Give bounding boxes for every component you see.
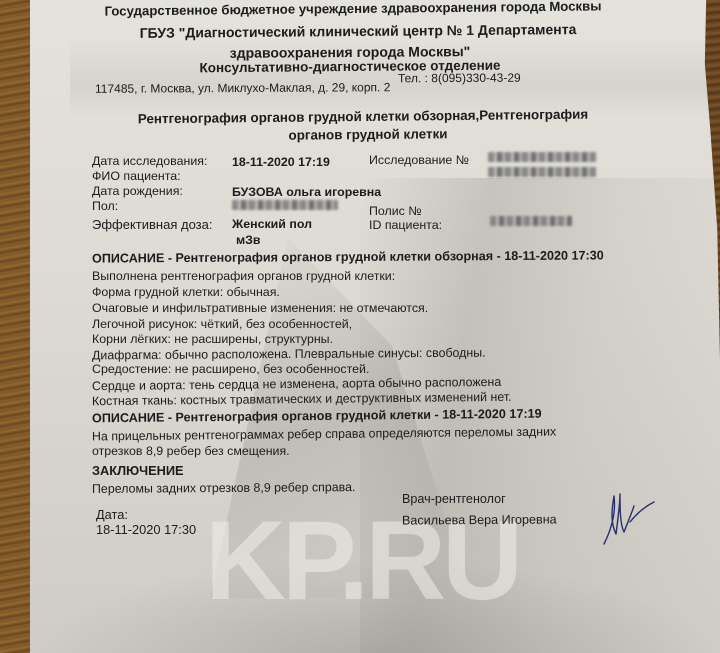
study-number-redacted	[488, 152, 596, 162]
study-number-redacted-2	[488, 167, 596, 177]
patient-name-value: БУЗОВА ольга игоревна	[232, 186, 381, 198]
birth-date-redacted	[232, 200, 338, 210]
sex-value: Женский пол	[232, 218, 312, 230]
description-1-line: Средостение: не расширено, без особеннос…	[92, 363, 369, 375]
address: 117485, г. Москва, ул. Миклухо-Маклая, д…	[95, 81, 390, 95]
conclusion-heading: ЗАКЛЮЧЕНИЕ	[92, 465, 184, 478]
patient-id-label: ID пациента:	[369, 219, 442, 231]
description-1-line: Корни лёгких: не расширены, структурны.	[92, 333, 333, 345]
description-1-line: Форма грудной клетки: обычная.	[92, 286, 280, 298]
policy-label: Полис №	[369, 205, 422, 217]
institution-line-2: ГБУЗ "Диагностический клинический центр …	[128, 22, 588, 40]
description-2-line: На прицельных рентгенограммах ребер спра…	[92, 426, 556, 443]
study-title-line-1: Рентгенография органов грудной клетки об…	[118, 107, 608, 126]
study-date-label: Дата исследования:	[92, 155, 207, 167]
study-date-value: 18-11-2020 17:19	[232, 156, 330, 168]
footer-date-label: Дата:	[96, 509, 128, 522]
effective-dose-label: Эффективная доза:	[92, 218, 212, 231]
conclusion-text: Переломы задних отрезков 8,9 ребер справ…	[92, 481, 356, 495]
description-2-line: отрезков 8,9 ребер без смещения.	[92, 445, 290, 457]
description-1-line: Костная ткань: костных травматических и …	[92, 391, 512, 408]
birth-date-label: Дата рождения:	[92, 185, 183, 197]
description-1-line: Диафрагма: обычно расположена. Плевральн…	[92, 347, 486, 362]
description-1-line: Выполнена рентгенография органов грудной…	[92, 270, 395, 282]
patient-id-redacted	[490, 216, 572, 226]
description-1-heading: ОПИСАНИЕ - Рентгенография органов грудно…	[92, 249, 604, 265]
signature-icon	[598, 488, 658, 548]
footer-date-value: 18-11-2020 17:30	[96, 524, 196, 537]
institution-line-1: Государственное бюджетное учреждение здр…	[103, 0, 603, 18]
phone: Тел. : 8(095)330-43-29	[398, 72, 521, 85]
description-1-line: Очаговые и инфильтративные изменения: не…	[92, 302, 428, 314]
description-1-line: Легочной рисунок: чёткий, без особенност…	[92, 318, 352, 330]
patient-name-label: ФИО пациента:	[92, 170, 181, 182]
study-title-line-2: органов грудной клетки	[268, 127, 468, 142]
doctor-name: Васильева Вера Игоревна	[402, 513, 557, 527]
dose-unit: мЗв	[236, 234, 261, 246]
sex-label: Пол:	[92, 200, 118, 212]
description-2-heading: ОПИСАНИЕ - Рентгенография органов грудно…	[92, 408, 542, 425]
doctor-title: Врач-рентгенолог	[402, 493, 506, 506]
study-number-label: Исследование №	[369, 154, 469, 166]
medical-report: Государственное бюджетное учреждение здр…	[0, 0, 720, 653]
